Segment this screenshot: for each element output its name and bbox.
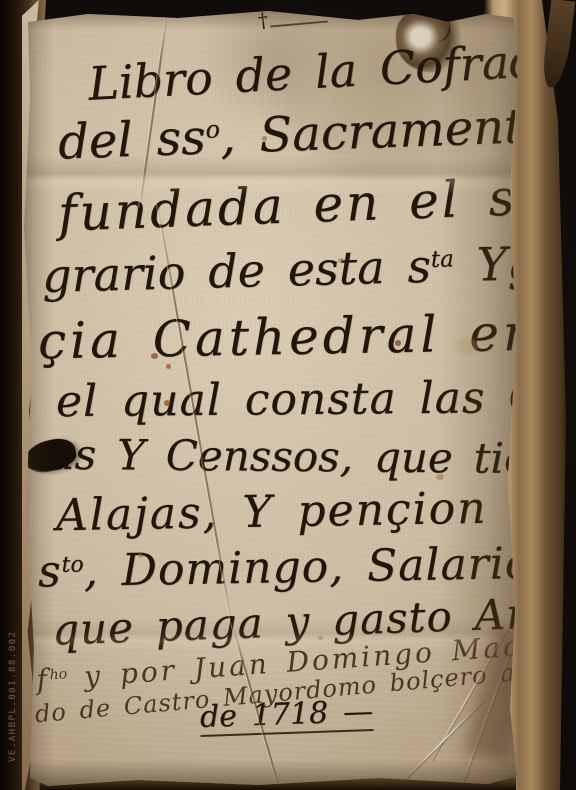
manuscript-page: † Libro de la Cofradia del sso, Sacramen… (18, 8, 518, 788)
manuscript-photograph: † Libro de la Cofradia del sso, Sacramen… (0, 0, 576, 790)
foxing-spot (151, 353, 158, 359)
foxing-spot (138, 553, 143, 558)
foxing-spot (164, 400, 170, 406)
foxing-spot (395, 340, 401, 346)
superscript: o (205, 115, 220, 143)
manuscript-date-line: de 1718 — (199, 697, 373, 737)
archive-reference-stamp: VE.AHBPL.001.88.002 (8, 631, 18, 762)
edge-shadow (18, 8, 518, 30)
line-text: de 1718 — (199, 694, 373, 735)
foxing-spot (166, 364, 171, 369)
page-curvature-shadow (438, 8, 518, 788)
foxing-spot (338, 258, 344, 263)
line-text: grario de esta s (41, 239, 431, 303)
foxing-spot (262, 136, 267, 141)
superscript: to (61, 552, 84, 577)
torn-page-fragment (541, 0, 576, 89)
